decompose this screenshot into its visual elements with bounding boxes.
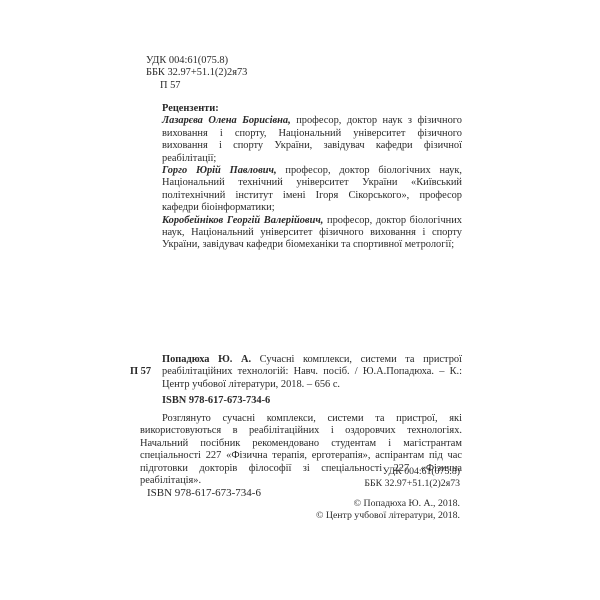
- reviewer-name: Коробейніков Георгій Валерійович,: [162, 215, 323, 226]
- reviewer-entry: Лазарєва Олена Борисівна, професор, докт…: [162, 115, 462, 165]
- isbn: ISBN 978-617-673-734-6: [147, 487, 261, 499]
- classification-codes: УДК 004:61(075.8) ББК 32.97+51.1(2)2я73 …: [146, 55, 247, 92]
- bottom-codes: УДК 004:61(075.8) ББК 32.97+51.1(2)2я73: [330, 466, 460, 489]
- reviewers-title: Рецензенти:: [162, 103, 462, 115]
- author-mark: П 57: [146, 80, 247, 92]
- udk-code: УДК 004:61(075.8): [146, 55, 247, 67]
- copyright-line: © Центр учбової літератури, 2018.: [300, 510, 460, 522]
- catalog-entry: Попадюха Ю. А. Сучасні комплекси, систем…: [162, 354, 462, 391]
- copyright-block: © Попадюха Ю. А., 2018. © Центр учбової …: [300, 498, 460, 521]
- reviewers-section: Рецензенти: Лазарєва Олена Борисівна, пр…: [162, 103, 462, 252]
- bbk-code: ББК 32.97+51.1(2)2я73: [146, 67, 247, 79]
- reviewer-entry: Горго Юрій Павлович, професор, доктор бі…: [162, 165, 462, 215]
- reviewer-name: Лазарєва Олена Борисівна,: [162, 115, 291, 126]
- catalog-side-code: П 57: [130, 366, 151, 378]
- reviewer-entry: Коробейніков Георгій Валерійович, профес…: [162, 215, 462, 252]
- reviewer-name: Горго Юрій Павлович,: [162, 165, 277, 176]
- udk-code: УДК 004:61(075.8): [330, 466, 460, 478]
- copyright-line: © Попадюха Ю. А., 2018.: [300, 498, 460, 510]
- catalog-isbn: ISBN 978-617-673-734-6: [162, 395, 270, 407]
- catalog-author: Попадюха Ю. А.: [162, 354, 251, 365]
- bbk-code: ББК 32.97+51.1(2)2я73: [330, 478, 460, 490]
